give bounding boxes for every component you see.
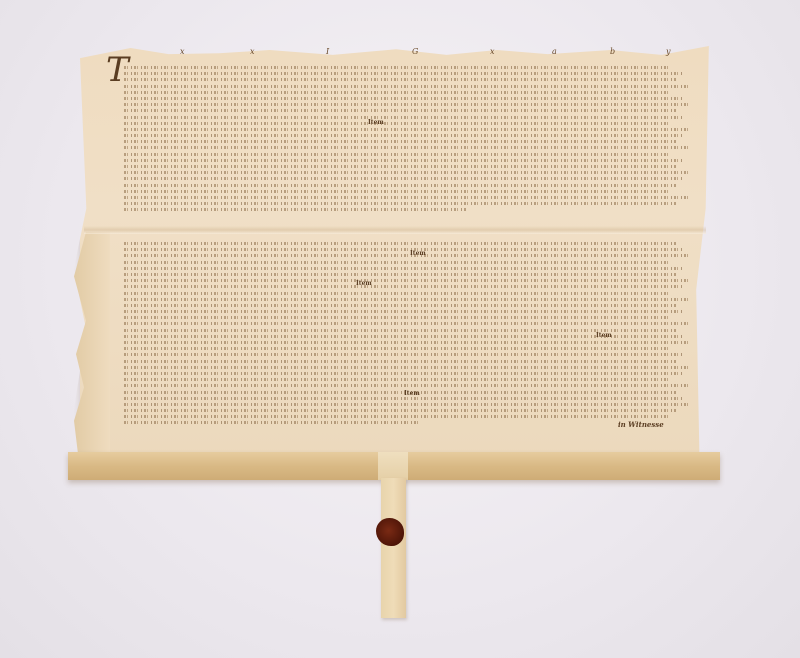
edge-letter: G xyxy=(412,47,418,56)
witness-clause: in Witnesse xyxy=(618,420,664,429)
document-photo: T x x I G x a b y xyxy=(0,0,800,658)
edge-letter: y xyxy=(666,47,671,56)
wax-seal xyxy=(376,518,404,546)
upper-text-block xyxy=(124,64,694,224)
item-mark: Item xyxy=(596,332,612,339)
edge-letter: x xyxy=(250,47,255,56)
tag-slot xyxy=(378,452,408,480)
edge-letter: a xyxy=(552,47,557,56)
seal-tag xyxy=(381,478,406,618)
edge-letter: b xyxy=(610,47,615,56)
edge-letter: I xyxy=(326,47,329,56)
parchment-left-edge xyxy=(70,232,110,454)
edge-letter: x xyxy=(490,47,495,56)
fold-line xyxy=(84,226,706,234)
item-mark: Item xyxy=(368,119,384,126)
edge-letter: x xyxy=(180,47,185,56)
item-mark: Item xyxy=(410,250,426,257)
item-mark: Item xyxy=(404,390,420,397)
item-mark: Item xyxy=(356,280,372,287)
